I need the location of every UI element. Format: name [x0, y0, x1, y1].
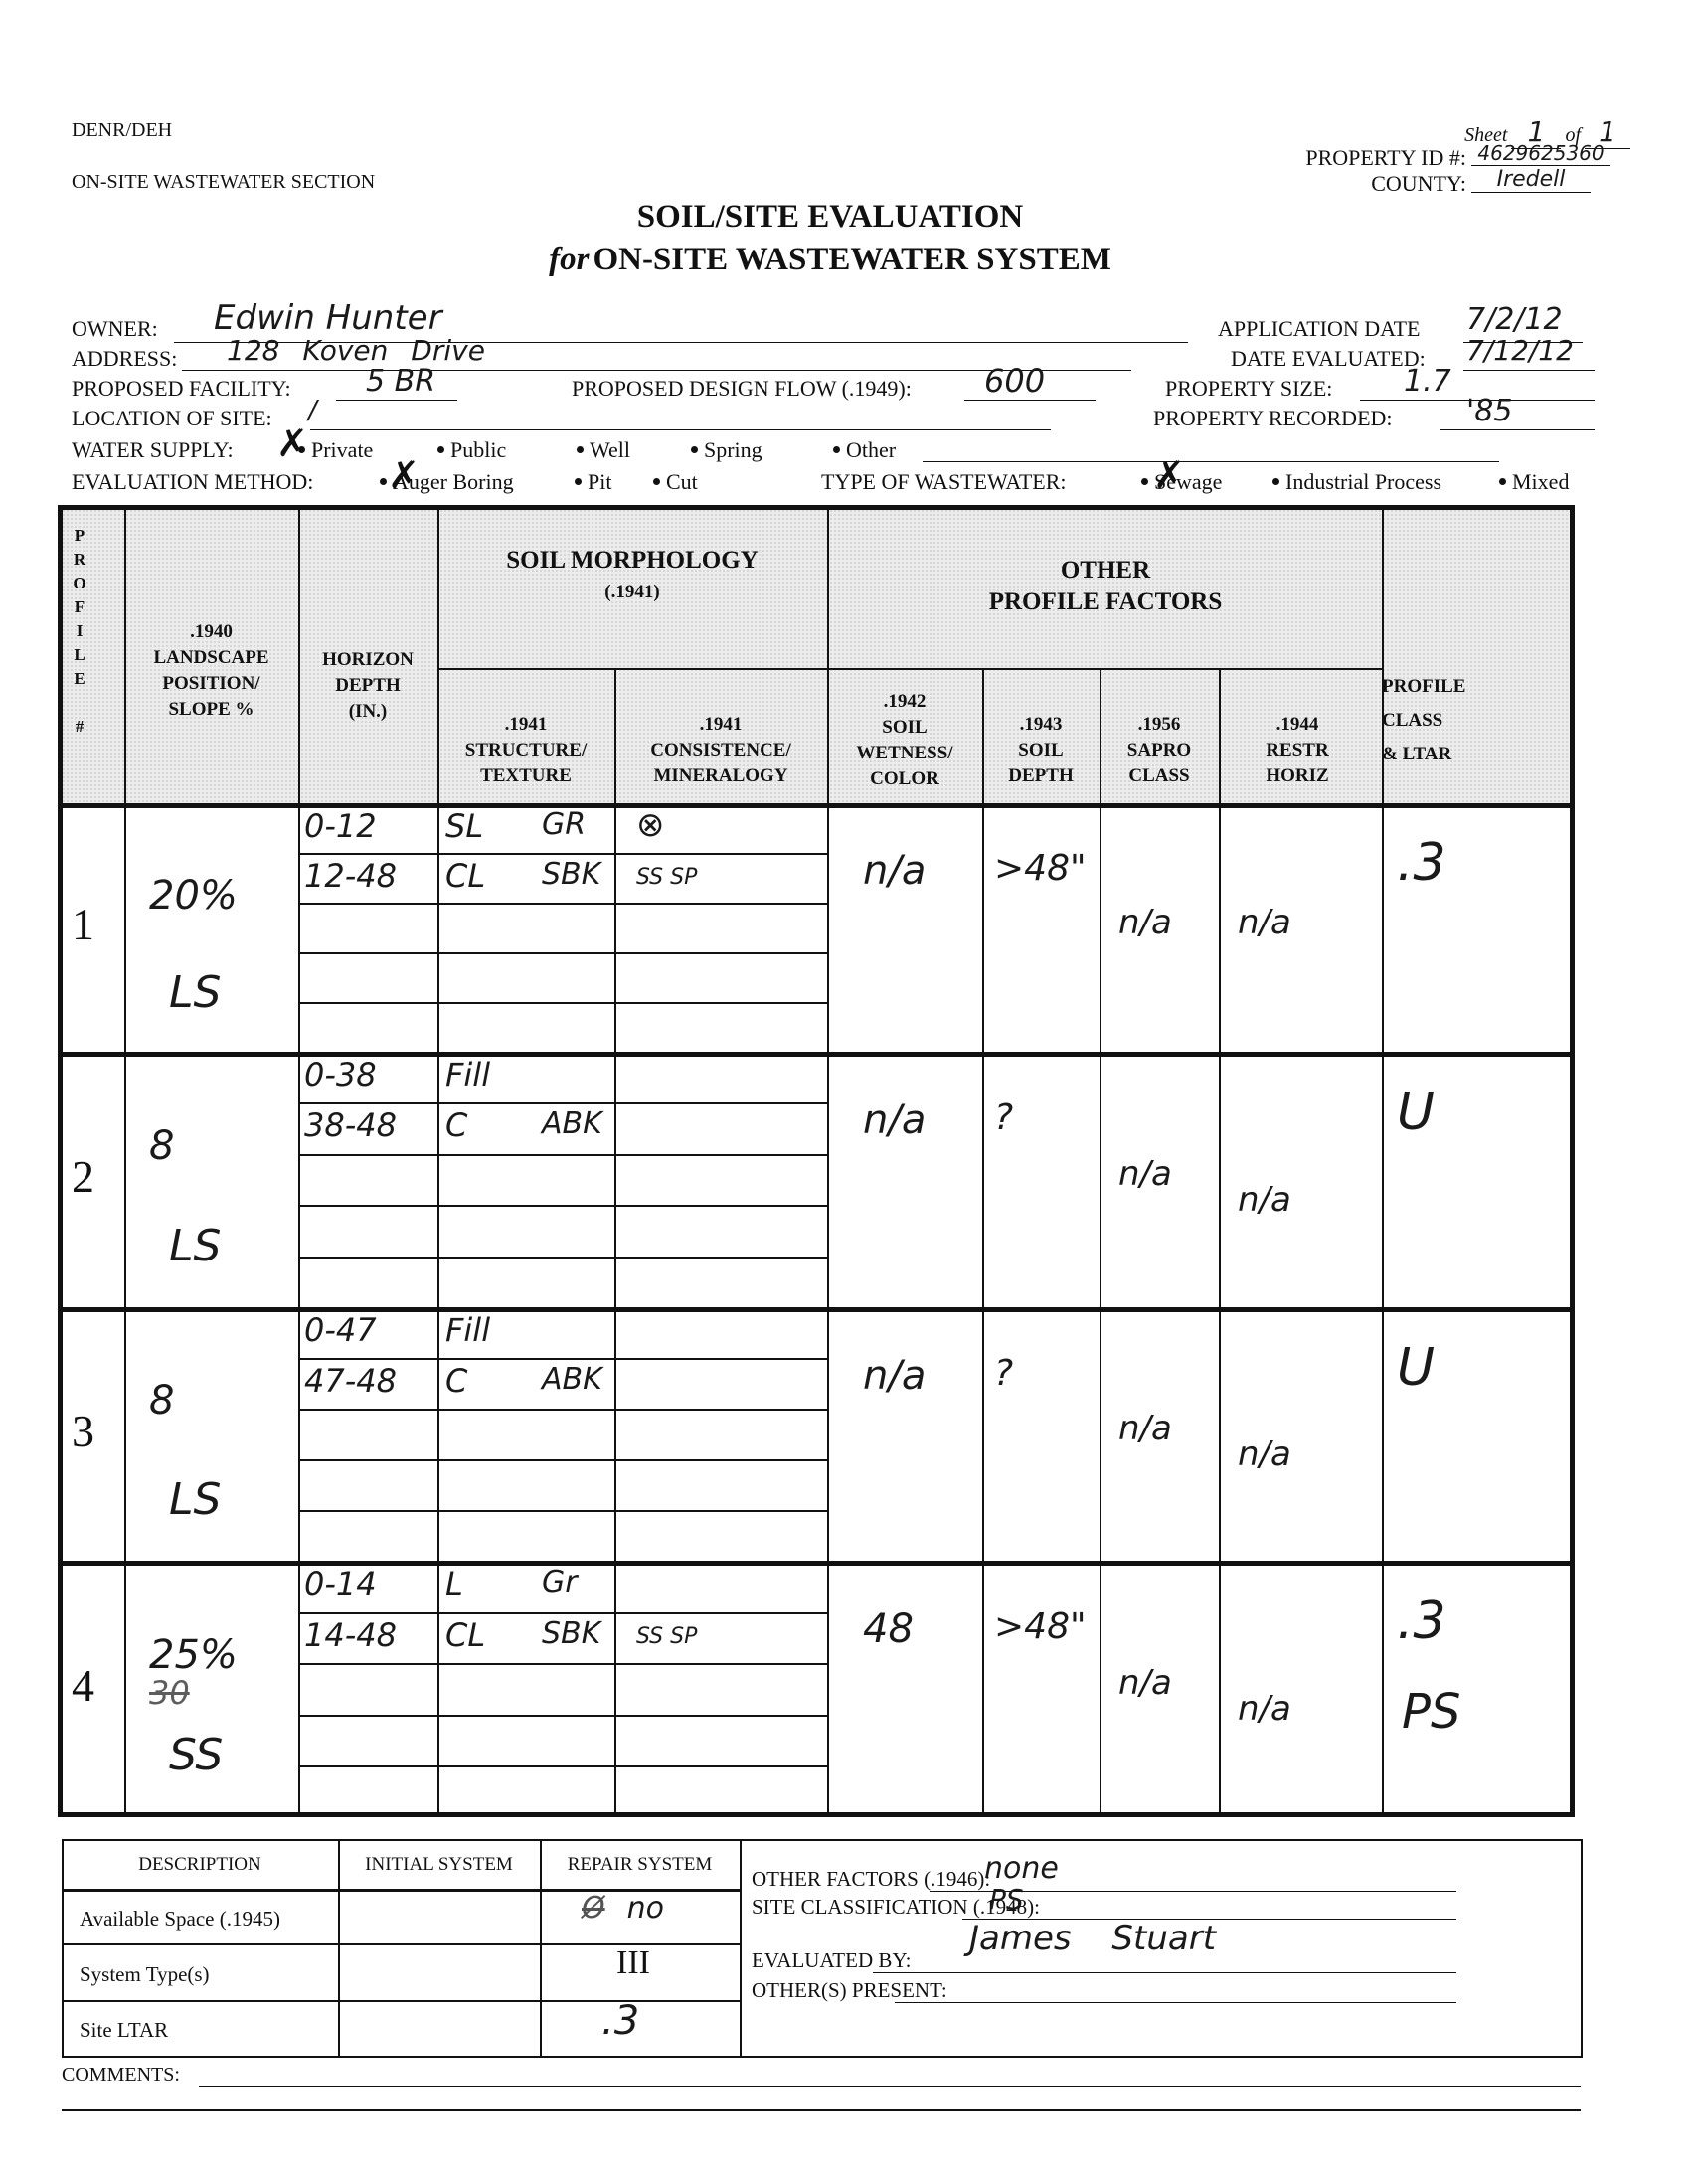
grid-line — [298, 1663, 827, 1665]
horizon-depth[interactable]: 0-14 — [304, 1565, 377, 1602]
divider — [62, 2000, 742, 2002]
water-supply-option-other[interactable]: Other — [833, 437, 896, 463]
checkmark-x-icon: ✗ — [276, 421, 308, 465]
form-subtitle: for ON-SITE WASTEWATER SYSTEM — [0, 242, 1660, 278]
checkmark-x-icon: ✗ — [1153, 453, 1185, 497]
grid-line — [1100, 668, 1101, 1817]
horizon-texture[interactable]: CL — [445, 1616, 485, 1654]
struck-value: Ø — [582, 1891, 605, 1926]
radio-bullet-icon — [575, 478, 582, 485]
option-label: Cut — [666, 469, 698, 494]
site-classification-value: PS — [989, 1883, 1024, 1916]
grid-line — [298, 1612, 827, 1614]
summary-row-available-space: Available Space (.1945) — [80, 1907, 280, 1932]
design-flow-label: PROPOSED DESIGN FLOW (.1949): — [572, 376, 912, 402]
profile-class[interactable]: U — [1397, 1338, 1435, 1398]
profile-number: 2 — [72, 1150, 94, 1203]
county-field[interactable]: Iredell — [1471, 167, 1591, 193]
grid-line — [298, 1715, 827, 1717]
soil-depth[interactable]: >48" — [994, 1606, 1087, 1647]
profile-slope[interactable]: 8 — [149, 1378, 174, 1424]
form-title: SOIL/SITE EVALUATION — [0, 199, 1660, 236]
option-label: Spring — [704, 437, 762, 462]
horizon-depth[interactable]: 38-48 — [304, 1106, 397, 1144]
property-recorded-label: PROPERTY RECORDED: — [1153, 406, 1393, 431]
radio-bullet-icon — [653, 478, 660, 485]
title-line-2: ON-SITE WASTEWATER SYSTEM — [593, 242, 1110, 277]
water-supply-option-private[interactable]: Private — [298, 437, 373, 463]
water-supply-option-spring[interactable]: Spring — [691, 437, 762, 463]
soil-wetness[interactable]: 48 — [863, 1606, 914, 1652]
grid-line — [298, 1102, 827, 1104]
sapro-class[interactable]: n/a — [1118, 903, 1172, 942]
county-label: COUNTY: — [1292, 171, 1466, 197]
horizon-texture[interactable]: L — [445, 1565, 463, 1602]
grid-line — [298, 1459, 827, 1461]
grid-line — [58, 1052, 1575, 1057]
horizon-depth[interactable]: 0-12 — [304, 807, 377, 845]
facility-label: PROPOSED FACILITY: — [72, 376, 291, 402]
comments-line-2 — [62, 2109, 1581, 2111]
agency-label: DENR/DEH — [72, 119, 172, 142]
title-for: for — [549, 242, 589, 277]
grid-line — [437, 505, 439, 1817]
radio-bullet-icon — [577, 446, 584, 453]
option-label: Pit — [588, 469, 611, 494]
owner-value: Edwin Hunter — [214, 298, 442, 338]
profile-class-note[interactable]: PS — [1402, 1684, 1460, 1740]
profile-landscape[interactable]: LS — [169, 1221, 221, 1271]
profile-number: 4 — [72, 1659, 94, 1712]
sapro-class[interactable]: n/a — [1118, 1663, 1172, 1703]
grid-line — [298, 1358, 827, 1360]
system-type-repair[interactable]: III — [616, 1944, 650, 1982]
wastewater-type-option-mixed[interactable]: Mixed — [1499, 469, 1569, 495]
profile-class[interactable]: U — [1397, 1083, 1435, 1142]
grid-line — [298, 1205, 827, 1207]
grid-line — [298, 1002, 827, 1004]
title-line-1: SOIL/SITE EVALUATION — [0, 199, 1660, 236]
soil-depth[interactable]: >48" — [994, 848, 1087, 889]
grid-line — [298, 1765, 827, 1767]
horizon-texture[interactable]: C — [445, 1106, 467, 1144]
other-factors-value: none — [984, 1851, 1059, 1886]
profile-number: 3 — [72, 1405, 94, 1457]
profile-class[interactable]: .3 — [1397, 833, 1446, 893]
grid-line — [827, 505, 829, 1817]
application-date-label: APPLICATION DATE — [1218, 316, 1421, 342]
grid-line — [982, 668, 984, 1817]
application-date-value: 7/2/12 — [1466, 302, 1563, 337]
soil-wetness[interactable]: n/a — [863, 848, 926, 894]
comments-label: COMMENTS: — [62, 2064, 180, 2087]
location-label: LOCATION OF SITE: — [72, 406, 272, 431]
date-evaluated-value: 7/12/12 — [1466, 334, 1574, 367]
horizon-texture[interactable]: Fill — [445, 1056, 490, 1093]
comments-field[interactable] — [199, 2060, 1581, 2087]
summary-row-site-ltar: Site LTAR — [80, 2018, 168, 2043]
summary-header-repair: REPAIR SYSTEM — [540, 1854, 740, 1876]
others-present-field[interactable] — [895, 1972, 1456, 2003]
radio-bullet-icon — [437, 446, 444, 453]
horizon-consistence[interactable]: SS SP — [636, 1624, 697, 1649]
horizon-depth[interactable]: 47-48 — [304, 1362, 397, 1400]
horizon-structure[interactable]: GR — [542, 807, 586, 842]
restr-horiz[interactable]: n/a — [1238, 1434, 1291, 1474]
sapro-class[interactable]: n/a — [1118, 1154, 1172, 1194]
radio-bullet-icon — [380, 478, 387, 485]
option-label: Other — [846, 437, 896, 462]
system-type-initial-field[interactable] — [343, 1948, 537, 1998]
restr-horiz[interactable]: n/a — [1238, 903, 1291, 942]
evaluation-method-option-pit[interactable]: Pit — [575, 469, 611, 495]
owner-label: OWNER: — [72, 316, 158, 342]
divider — [740, 1839, 742, 2058]
address-label: ADDRESS: — [72, 346, 177, 372]
location-field[interactable] — [310, 402, 1051, 430]
grid-line — [58, 1307, 1575, 1312]
radio-bullet-icon — [691, 446, 698, 453]
date-evaluated-label: DATE EVALUATED: — [1231, 346, 1426, 372]
site-classification-field[interactable] — [962, 1889, 1456, 1920]
property-size-label: PROPERTY SIZE: — [1165, 376, 1332, 402]
site-ltar-initial-field[interactable] — [343, 2004, 537, 2054]
water-supply-label: WATER SUPPLY: — [72, 437, 234, 463]
profile-landscape[interactable]: SS — [169, 1730, 223, 1780]
property-size-value: 1.7 — [1404, 364, 1451, 399]
table-border — [58, 505, 1575, 1817]
option-label: Well — [590, 437, 630, 462]
property-id-label: PROPERTY ID #: — [1292, 145, 1466, 171]
radio-bullet-icon — [1141, 478, 1148, 485]
available-space-initial-field[interactable] — [343, 1894, 537, 1941]
radio-bullet-icon — [1272, 478, 1279, 485]
wastewater-type-option-industrial[interactable]: Industrial Process — [1272, 469, 1441, 495]
water-supply-option-well[interactable]: Well — [577, 437, 630, 463]
option-label: Industrial Process — [1285, 469, 1441, 494]
horizon-texture[interactable]: C — [445, 1362, 467, 1400]
summary-header-description: DESCRIPTION — [62, 1854, 338, 1876]
grid-line — [298, 853, 827, 855]
profile-class[interactable]: .3 — [1397, 1592, 1446, 1651]
grid-line — [298, 1257, 827, 1259]
grid-line — [58, 1561, 1575, 1566]
summary-row-system-type: System Type(s) — [80, 1962, 210, 1987]
soil-depth[interactable]: ? — [994, 1097, 1013, 1138]
profile-slope[interactable]: 8 — [149, 1123, 174, 1169]
section-label: ON-SITE WASTEWATER SECTION — [72, 171, 375, 194]
property-recorded-field[interactable] — [1440, 402, 1595, 430]
property-recorded-value: '85 — [1466, 394, 1512, 428]
summary-header-initial: INITIAL SYSTEM — [338, 1854, 540, 1876]
sapro-class[interactable]: n/a — [1118, 1409, 1172, 1448]
restr-horiz[interactable]: n/a — [1238, 1689, 1291, 1729]
site-ltar-repair[interactable]: .3 — [601, 1998, 639, 2044]
grid-line — [58, 803, 1575, 808]
address-value: 128 Koven Drive — [227, 334, 485, 367]
horizon-depth[interactable]: 0-47 — [304, 1311, 377, 1349]
horizon-depth[interactable]: 0-38 — [304, 1056, 377, 1093]
option-label: Mixed — [1512, 469, 1569, 494]
horizon-texture[interactable]: Fill — [445, 1311, 490, 1349]
soil-wetness[interactable]: n/a — [863, 1353, 926, 1399]
water-supply-option-public[interactable]: Public — [437, 437, 506, 463]
soil-wetness[interactable]: n/a — [863, 1097, 926, 1143]
evaluation-method-option-cut[interactable]: Cut — [653, 469, 698, 495]
horizon-structure[interactable]: Gr — [542, 1565, 578, 1599]
profile-landscape[interactable]: LS — [169, 967, 221, 1018]
grid-line — [437, 668, 1382, 670]
horizon-texture[interactable]: SL — [445, 807, 483, 845]
grid-line — [298, 1510, 827, 1512]
checkmark-x-icon: ✗ — [388, 453, 420, 497]
radio-bullet-icon — [1499, 478, 1506, 485]
profile-landscape[interactable]: LS — [169, 1474, 221, 1525]
grid-line — [298, 505, 300, 1817]
available-space-repair-value: no — [627, 1891, 664, 1926]
facility-value: 5 BR — [366, 364, 435, 399]
profile-slope[interactable]: 25% — [149, 1632, 238, 1678]
horizon-structure[interactable]: SBK — [542, 857, 600, 892]
horizon-structure[interactable]: ABK — [542, 1106, 602, 1141]
grid-line — [298, 952, 827, 954]
grid-line — [298, 1154, 827, 1156]
available-space-repair[interactable]: Øno — [582, 1891, 664, 1926]
grid-line — [124, 505, 126, 1817]
horizon-texture[interactable]: CL — [445, 857, 485, 895]
profile-number: 1 — [72, 898, 94, 950]
radio-bullet-icon — [833, 446, 840, 453]
option-label: Private — [311, 437, 373, 462]
horizon-structure[interactable]: SBK — [542, 1616, 600, 1651]
horizon-depth[interactable]: 12-48 — [304, 857, 397, 895]
horizon-consistence[interactable]: ⊗ — [636, 805, 665, 845]
location-value: / — [308, 396, 317, 425]
water-supply-other-field[interactable] — [923, 433, 1499, 462]
horizon-depth[interactable]: 14-48 — [304, 1616, 397, 1654]
property-id-field[interactable]: 4629625360 — [1471, 141, 1610, 166]
grid-line — [614, 668, 616, 1817]
option-label: Public — [450, 437, 506, 462]
evaluation-method-label: EVALUATION METHOD: — [72, 469, 313, 495]
horizon-consistence[interactable]: SS SP — [636, 865, 697, 890]
evaluated-by-signature: James Stuart — [969, 1919, 1216, 1958]
design-flow-value: 600 — [984, 362, 1045, 400]
wastewater-type-label: TYPE OF WASTEWATER: — [821, 469, 1067, 495]
grid-line — [298, 1409, 827, 1411]
restr-horiz[interactable]: n/a — [1238, 1180, 1291, 1220]
horizon-structure[interactable]: ABK — [542, 1362, 602, 1397]
grid-line — [1382, 505, 1384, 1817]
soil-depth[interactable]: ? — [994, 1353, 1013, 1394]
grid-line — [298, 903, 827, 905]
profile-slope[interactable]: 20% — [149, 873, 238, 919]
profile-slope-struck[interactable]: 30 — [149, 1674, 190, 1712]
grid-line — [1219, 668, 1221, 1817]
